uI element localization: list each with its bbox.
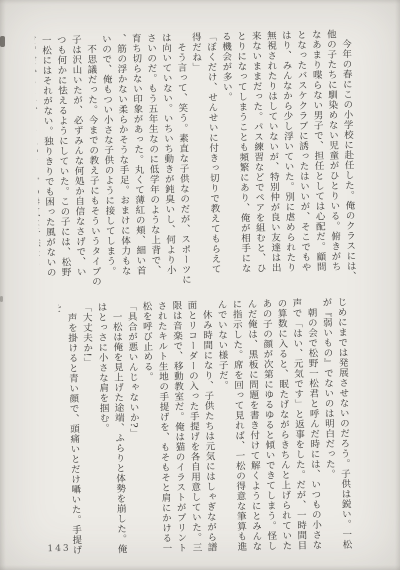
paragraph-narrative: 朝の会で松野一松君と呼んだ時には、いつもの小さな声で「はい、元気です」と返事をし…	[213, 298, 323, 558]
text-block-top: 今年の春にこの小学校に赴任した。俺のクラスには、他の子たちに馴染めない児童がひと…	[35, 29, 358, 288]
paragraph-narrative: 不思議だった。今までの教え子にもそういうタイプの子は沢山いたが、必ずみんな何処か…	[35, 34, 103, 287]
paragraph-narrative: そう言って、笑う。素直な子供なのだが、スポーツには向いていない。いちいち動きが鈍…	[98, 32, 193, 286]
page-content: 今年の春にこの小学校に赴任した。俺のクラスには、他の子たちに馴染めない児童がひと…	[0, 0, 400, 570]
page-number: 143	[47, 544, 70, 554]
paragraph-continuation: じめにまでは発展させないのだろう。子供は鋭い。一松が『弱いもの』でないのは明白だ…	[318, 297, 353, 556]
text-block-bottom: じめにまでは発展させないのだろう。子供は鋭い。一松が『弱いもの』でないのは明白だ…	[58, 297, 353, 561]
paragraph-narrative: 休み時間になり、子供たちは元気にはしゃぎながら譜面とリコーダーの入った手提げを各…	[138, 300, 218, 560]
book-page: 今年の春にこの小学校に赴任した。俺のクラスには、他の子たちに馴染めない児童がひと…	[0, 0, 400, 570]
paragraph-narrative: 今年の春にこの小学校に赴任した。俺のクラスには、他の子たちに馴染めない児童がひと…	[218, 29, 358, 284]
paragraph-dialogue: 「ぼくだけ、せんせいに付きっ切りで教えてもらえて得だね」	[188, 32, 223, 285]
paragraph-narrative: 一松は俺を見上げた途端、ふらりと体勢を崩した。俺はとっさに小さな肩を掴む。	[93, 302, 128, 561]
